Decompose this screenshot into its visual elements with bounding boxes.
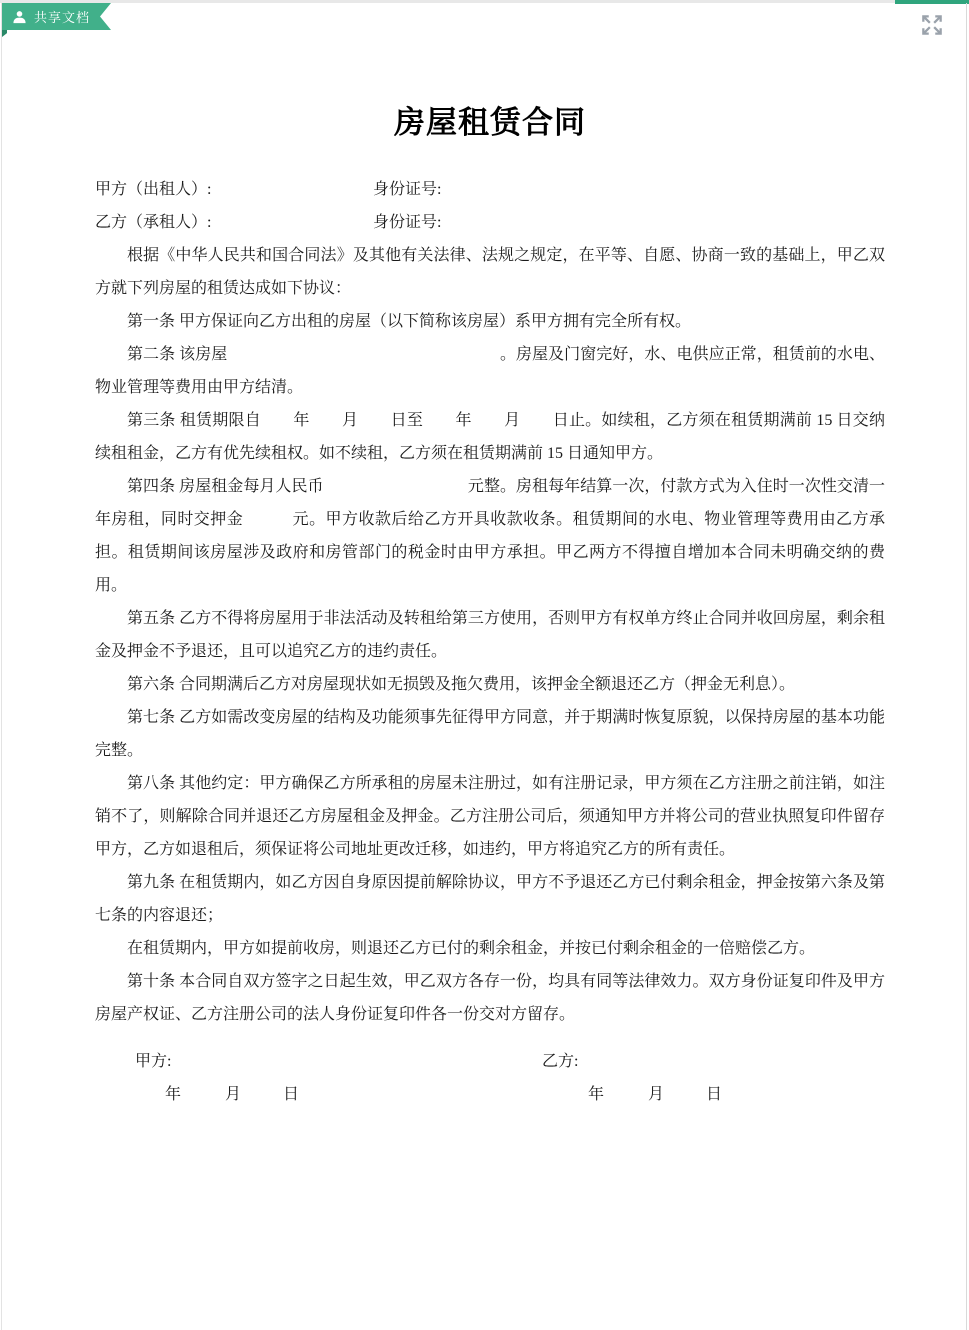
contract-body: 根据《中华人民共和国合同法》及其他有关法律、法规之规定，在平等、自愿、协商一致的…: [95, 239, 885, 1031]
contract-document: 房屋租赁合同 甲方（出租人）:身份证号: 乙方（承租人）:身份证号: 根据《中华…: [95, 0, 885, 1111]
party-b-label: 乙方（承租人）:: [95, 206, 373, 239]
signature-dates-row: 年月日年月日: [95, 1078, 885, 1111]
signature-date-b: 年月日: [588, 1086, 722, 1103]
date-month-label-a: 月: [225, 1086, 241, 1103]
paragraph-article-6: 第六条 合同期满后乙方对房屋现状如无损毁及拖欠费用，该押金全额退还乙方（押金无利…: [95, 668, 885, 701]
page-left-border: [1, 3, 2, 1330]
fullscreen-expand-button[interactable]: [914, 10, 950, 40]
paragraph-article-5: 第五条 乙方不得将房屋用于非法活动及转租给第三方使用，否则甲方有权单方终止合同并…: [95, 602, 885, 668]
paragraph-article-1: 第一条 甲方保证向乙方出租的房屋（以下简称该房屋）系甲方拥有完全所有权。: [95, 305, 885, 338]
paragraph-article-2: 第二条 该房屋 。房屋及门窗完好，水、电供应正常，租赁前的水电、物业管理等费用由…: [95, 338, 885, 404]
party-a-id-label: 身份证号:: [373, 181, 441, 198]
paragraph-article-9b: 在租赁期内，甲方如提前收房，则退还乙方已付的剩余租金，并按已付剩余租金的一倍赔偿…: [95, 932, 885, 965]
date-year-label-a: 年: [165, 1086, 181, 1103]
parties-section: 甲方（出租人）:身份证号: 乙方（承租人）:身份证号:: [95, 173, 885, 239]
shared-document-badge-label: 共享文档: [34, 7, 90, 26]
person-icon: [12, 10, 27, 24]
paragraph-preamble: 根据《中华人民共和国合同法》及其他有关法律、法规之规定，在平等、自愿、协商一致的…: [95, 239, 885, 305]
signature-section: 甲方:乙方: 年月日年月日: [95, 1045, 885, 1111]
date-year-label-b: 年: [588, 1086, 604, 1103]
date-month-label-b: 月: [648, 1086, 664, 1103]
party-b-id-label: 身份证号:: [373, 214, 441, 231]
topbar-green-segment: [895, 0, 969, 4]
signature-party-b-label: 乙方:: [542, 1053, 578, 1070]
fullscreen-expand-icon: [916, 12, 948, 38]
paragraph-article-7: 第七条 乙方如需改变房屋的结构及功能须事先征得甲方同意，并于期满时恢复原貌，以保…: [95, 701, 885, 767]
date-day-label-b: 日: [706, 1086, 722, 1103]
signature-date-a: 年月日: [165, 1078, 588, 1111]
party-b-row: 乙方（承租人）:身份证号:: [95, 206, 885, 239]
party-a-label: 甲方（出租人）:: [95, 173, 373, 206]
document-title: 房屋租赁合同: [95, 0, 885, 143]
signature-party-a-label: 甲方:: [135, 1045, 542, 1078]
page-right-border: [966, 3, 967, 1330]
paragraph-article-10: 第十条 本合同自双方签字之日起生效，甲乙双方各存一份，均具有同等法律效力。双方身…: [95, 965, 885, 1031]
date-day-label-a: 日: [283, 1086, 299, 1103]
paragraph-article-4: 第四条 房屋租金每月人民币 元整。房租每年结算一次，付款方式为入住时一次性交清一…: [95, 470, 885, 602]
party-a-row: 甲方（出租人）:身份证号:: [95, 173, 885, 206]
paragraph-article-3: 第三条 租赁期限自 年 月 日至 年 月 日止。如续租，乙方须在租赁期满前 15…: [95, 404, 885, 470]
signature-names-row: 甲方:乙方:: [95, 1045, 885, 1078]
badge-fold: [2, 30, 7, 37]
paragraph-article-9: 第九条 在租赁期内，如乙方因自身原因提前解除协议，甲方不予退还乙方已付剩余租金，…: [95, 866, 885, 932]
paragraph-article-8: 第八条 其他约定：甲方确保乙方所承租的房屋未注册过，如有注册记录，甲方须在乙方注…: [95, 767, 885, 866]
